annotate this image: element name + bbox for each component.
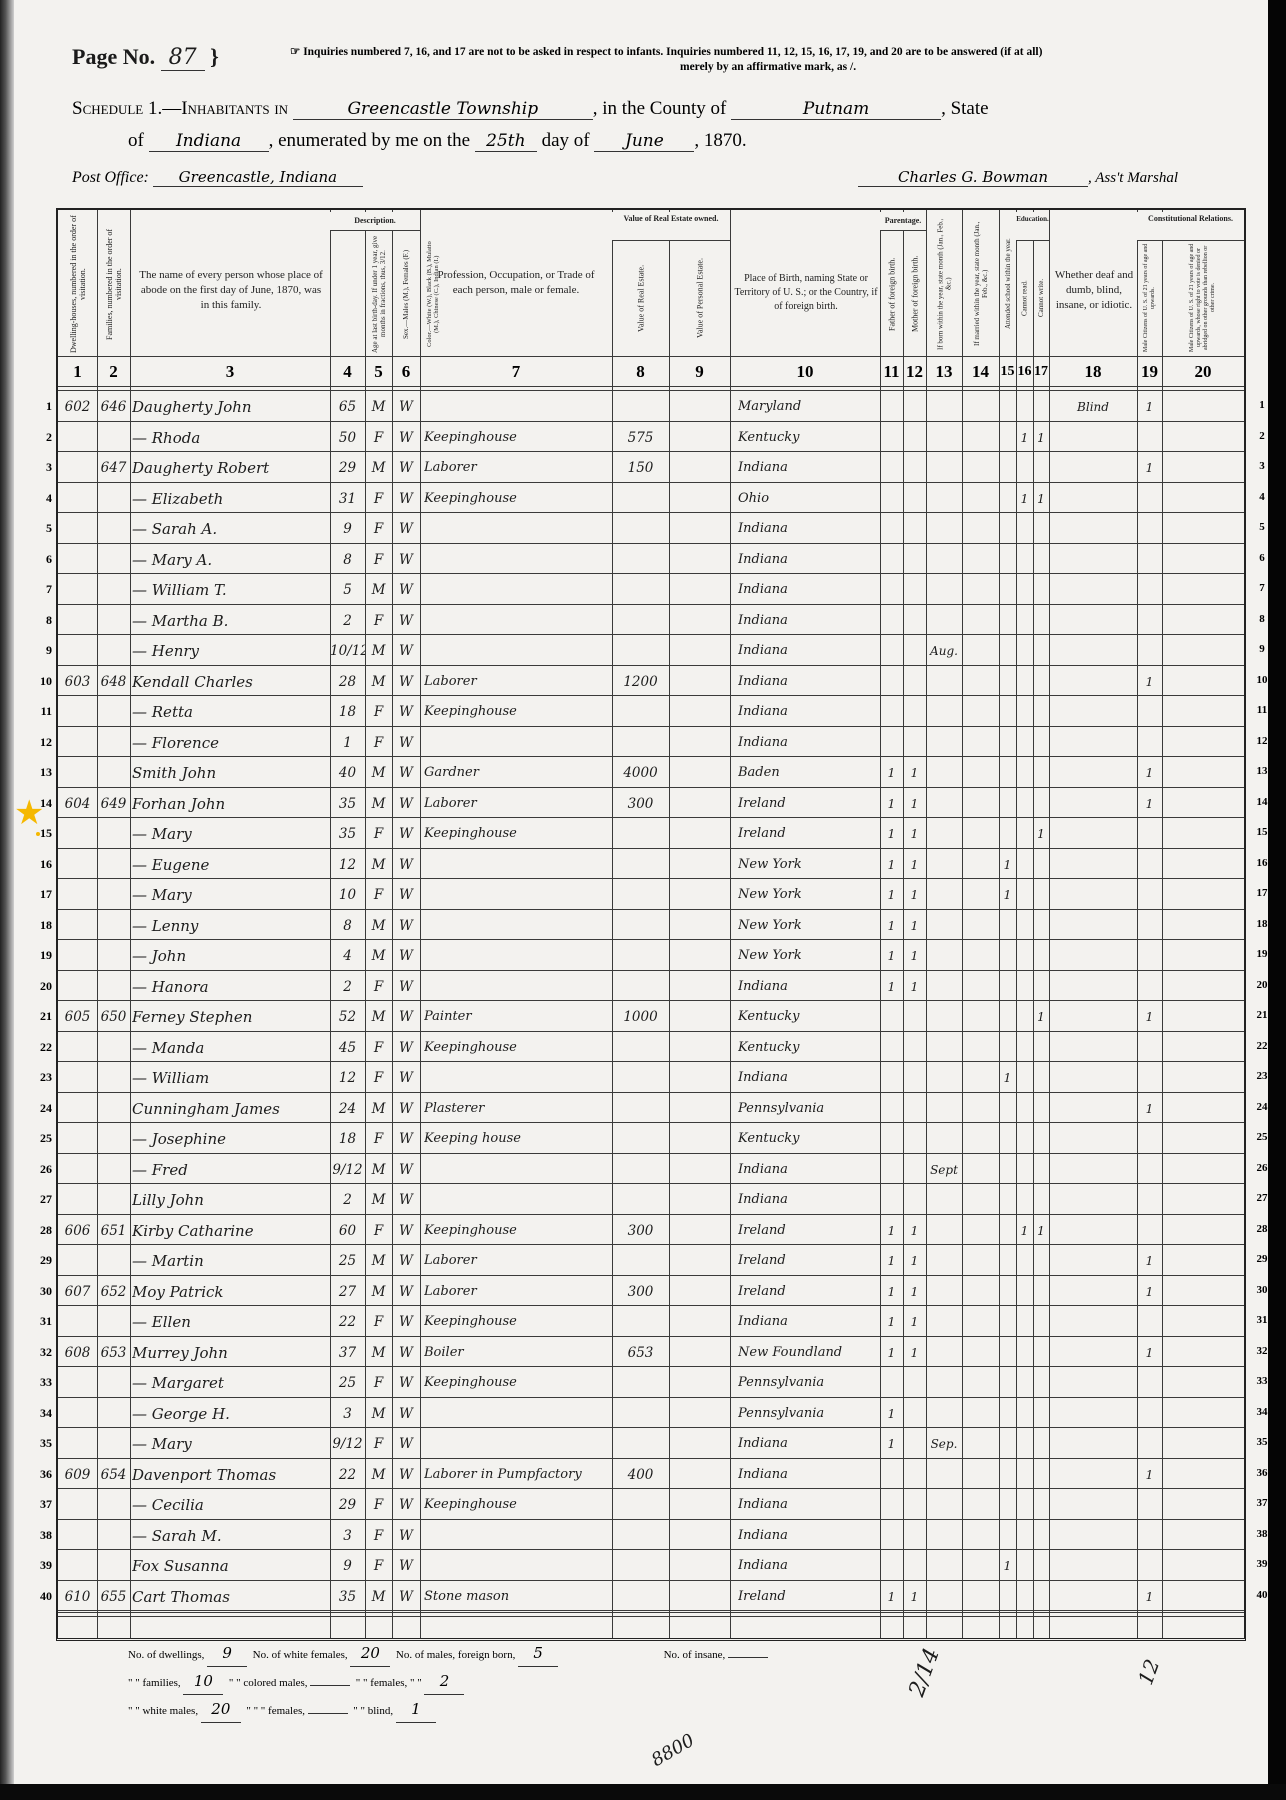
group-header-value-estate: Value of Real Estate owned. [612,212,730,241]
cell-personal [669,822,730,846]
col-number-8: 8 [612,358,669,386]
colored-females-count [308,1713,348,1714]
cell-c18 [1049,1371,1137,1395]
cell-c16 [1016,1402,1033,1426]
row-rule [58,1610,1244,1611]
cell-birthplace: Ireland [738,1249,880,1273]
cell-c16 [1016,1432,1033,1456]
table-row: 4— Elizabeth31FWKeepinghouseOhio114 [58,483,1244,514]
cell-c18 [1049,731,1137,755]
cell-c14 [962,1341,999,1365]
cell-c13 [926,853,962,877]
cell-sex: M [365,578,392,602]
cell-c14 [962,944,999,968]
cell-real [612,731,669,755]
cell-birthplace: Ireland [738,792,880,816]
cell-dwelling [58,1402,97,1426]
table-row: 19— John4MWNew York1119 [58,940,1244,971]
cell-c19 [1137,975,1162,999]
cell-c18 [1049,1554,1137,1578]
cell-c19 [1137,883,1162,907]
col-header-20: Male Citizens of U. S. of 21 years of ag… [1163,242,1243,354]
cell-personal [669,883,730,907]
cell-family [97,517,130,541]
cell-sex: F [365,1036,392,1060]
col-header-11: Father of foreign birth. [881,234,903,354]
cell-c18 [1049,1127,1137,1151]
cell-c12 [903,1524,926,1548]
cell-color: W [392,853,420,877]
cell-c18 [1049,1097,1137,1121]
table-row: 26— Fred9/12MWIndianaSept26 [58,1154,1244,1185]
cell-c11: 1 [880,761,903,785]
line-number-left: 21 [14,1009,52,1024]
cell-occupation [424,548,612,572]
cell-sex: F [365,1066,392,1090]
cell-dwelling [58,761,97,785]
cell-color: W [392,914,420,938]
cell-c19: 1 [1137,670,1162,694]
cell-c16 [1016,1005,1033,1029]
cell-c14 [962,1249,999,1273]
cell-occupation [424,639,612,663]
cell-c19 [1137,609,1162,633]
cell-c14 [962,1371,999,1395]
table-row: 35— Mary9/12FWIndiana1Sep.35 [58,1428,1244,1459]
cell-c14 [962,1280,999,1304]
cell-c13 [926,1341,962,1365]
cell-c17 [1033,517,1049,541]
cell-color: W [392,1036,420,1060]
cell-occupation [424,731,612,755]
cell-c17 [1033,395,1049,419]
cell-c15 [999,822,1016,846]
cell-dwelling [58,609,97,633]
cell-c18 [1049,1493,1137,1517]
line-number-left: 31 [14,1314,52,1329]
cell-c12 [903,1371,926,1395]
cell-birthplace: Indiana [738,1066,880,1090]
cell-c12: 1 [903,1280,926,1304]
cell-c12 [903,1554,926,1578]
cell-real: 400 [612,1463,669,1487]
cell-c16 [1016,975,1033,999]
col-header-8: Value of Real Estate. [613,242,669,354]
cell-c14 [962,578,999,602]
cell-c11 [880,517,903,541]
cell-c16 [1016,1036,1033,1060]
cell-family [97,1432,130,1456]
cell-color: W [392,548,420,572]
cell-color: W [392,761,420,785]
cell-family: 649 [97,792,130,816]
families-label: " " families, [128,1677,181,1689]
cell-c18 [1049,1188,1137,1212]
cell-c20 [1162,975,1244,999]
cell-c11 [880,670,903,694]
cell-c13 [926,1188,962,1212]
cell-occupation [424,609,612,633]
cell-color: W [392,1127,420,1151]
cell-name: — Martin [132,1249,330,1273]
cell-family [97,1188,130,1212]
cell-sex: M [365,1585,392,1609]
cell-dwelling [58,1310,97,1334]
col-number-17: 17 [1033,358,1049,386]
cell-personal [669,1097,730,1121]
cell-c13 [926,1585,962,1609]
cell-c16 [1016,883,1033,907]
dot-marker-icon [36,832,40,836]
cell-c16 [1016,639,1033,663]
cell-c17 [1033,1036,1049,1060]
marshal-label: , Ass't Marshal [1088,170,1178,186]
cell-c16 [1016,822,1033,846]
cell-personal [669,670,730,694]
cell-c19: 1 [1137,1097,1162,1121]
cell-family [97,487,130,511]
cell-c18 [1049,426,1137,450]
cell-occupation [424,1402,612,1426]
cell-c12 [903,1066,926,1090]
cell-c15 [999,914,1016,938]
cell-name: Daugherty John [132,395,330,419]
table-row: 15— Mary35FWKeepinghouseIreland11115 [58,818,1244,849]
marshal-line: Charles G. Bowman, Ass't Marshal [858,168,1178,187]
cell-age: 9/12 [330,1158,365,1182]
summary-line-2: " " families, 10 " " colored males, " " … [128,1668,768,1696]
col-number-16: 16 [1016,358,1033,386]
cell-c12 [903,639,926,663]
cell-c15 [999,1310,1016,1334]
cell-c15 [999,1127,1016,1151]
cell-c16 [1016,517,1033,541]
cell-real: 150 [612,456,669,480]
instructions-note: ☞ Inquiries numbered 7, 16, and 17 are n… [290,45,1250,75]
cell-c15 [999,700,1016,724]
cell-color: W [392,609,420,633]
cell-color: W [392,1493,420,1517]
cell-c16 [1016,1524,1033,1548]
line-number-left: 10 [14,674,52,689]
cell-c15 [999,426,1016,450]
dwellings-label: No. of dwellings, [128,1649,204,1661]
line-number-left: 3 [14,460,52,475]
cell-birthplace: Kentucky [738,1036,880,1060]
cell-name: — Retta [132,700,330,724]
cell-c19 [1137,1371,1162,1395]
table-row: 28606651Kirby Catharine60FWKeepinghouse3… [58,1215,1244,1246]
cell-dwelling [58,517,97,541]
table-row: 23— William12FWIndiana123 [58,1062,1244,1093]
cell-c20 [1162,1493,1244,1517]
cell-color: W [392,426,420,450]
cell-c17 [1033,639,1049,663]
line-number-left: 37 [14,1497,52,1512]
cell-dwelling [58,822,97,846]
col-header-3: The name of every person whose place of … [138,268,324,313]
cell-personal [669,1585,730,1609]
cell-family [97,761,130,785]
cell-c18 [1049,761,1137,785]
col-number-11: 11 [880,358,903,386]
cell-c14 [962,1097,999,1121]
cell-family [97,1554,130,1578]
blind-label: " " blind, [353,1705,393,1717]
cell-age: 35 [330,1585,365,1609]
cell-age: 22 [330,1310,365,1334]
cell-birthplace: Ireland [738,1280,880,1304]
table-row: 10603648Kendall Charles28MWLaborer1200In… [58,666,1244,697]
table-row: 37— Cecilia29FWKeepinghouseIndiana37 [58,1489,1244,1520]
cell-sex: F [365,1524,392,1548]
cell-c12 [903,700,926,724]
cell-c17 [1033,792,1049,816]
cell-c20 [1162,456,1244,480]
cell-c12 [903,1097,926,1121]
insane-count [728,1657,768,1658]
cell-c17 [1033,1066,1049,1090]
cell-dwelling: 606 [58,1219,97,1243]
cell-dwelling [58,883,97,907]
table-row: 39Fox Susanna9FWIndiana139 [58,1550,1244,1581]
cell-birthplace: Indiana [738,1310,880,1334]
cell-c20 [1162,1066,1244,1090]
cell-birthplace: Maryland [738,395,880,419]
cell-c13 [926,426,962,450]
cell-c16 [1016,1249,1033,1273]
cell-c15 [999,578,1016,602]
cell-c16 [1016,1341,1033,1365]
table-row: 24Cunningham James24MWPlastererPennsylva… [58,1093,1244,1124]
cell-c16 [1016,1493,1033,1517]
cell-family [97,731,130,755]
cell-color: W [392,700,420,724]
cell-c17 [1033,609,1049,633]
cell-c16 [1016,456,1033,480]
cell-c11 [880,1524,903,1548]
cell-family [97,914,130,938]
cell-occupation: Laborer [424,792,612,816]
males-foreign-count: 5 [518,1640,558,1667]
cell-real [612,975,669,999]
cell-c12: 1 [903,1341,926,1365]
schedule-label: Schedule 1.—Inhabitants in [72,98,288,119]
cell-c13 [926,548,962,572]
cell-c13: Sept [926,1158,962,1182]
cell-birthplace: Baden [738,761,880,785]
cell-c11 [880,1005,903,1029]
cell-c18 [1049,822,1137,846]
cell-birthplace: Indiana [738,1432,880,1456]
cell-c12 [903,1402,926,1426]
cell-occupation [424,1158,612,1182]
cell-c18 [1049,975,1137,999]
cell-name: — Henry [132,639,330,663]
line-number-left: 29 [14,1253,52,1268]
line-number-left: 23 [14,1070,52,1085]
cell-c19 [1137,578,1162,602]
col-number-2: 2 [97,358,130,386]
line-number-left: 39 [14,1558,52,1573]
cell-c15 [999,1036,1016,1060]
cell-dwelling [58,1554,97,1578]
cell-c20 [1162,1402,1244,1426]
cell-personal [669,639,730,663]
cell-birthplace: Indiana [738,456,880,480]
cell-family [97,609,130,633]
cell-occupation: Keepinghouse [424,1493,612,1517]
cell-real: 300 [612,792,669,816]
cell-family: 651 [97,1219,130,1243]
cell-personal [669,1310,730,1334]
cell-c13 [926,1066,962,1090]
cell-dwelling [58,731,97,755]
cell-dwelling [58,487,97,511]
cell-personal [669,853,730,877]
cell-personal [669,1036,730,1060]
cell-occupation [424,853,612,877]
cell-c12 [903,1188,926,1212]
cell-sex: F [365,1493,392,1517]
cell-c16 [1016,1280,1033,1304]
cell-c15: 1 [999,883,1016,907]
cell-c15 [999,1524,1016,1548]
families-count: 10 [183,1668,223,1695]
cell-personal [669,1493,730,1517]
cell-c20 [1162,487,1244,511]
cell-c17 [1033,731,1049,755]
enumeration-line: of Indiana, enumerated by me on the 25th… [128,130,747,152]
cell-c16 [1016,761,1033,785]
col-header-9: Value of Personal Estate. [670,242,730,354]
cell-c13 [926,1493,962,1517]
line-number-left: 27 [14,1192,52,1207]
cell-c13 [926,1005,962,1029]
cell-name: — Sarah A. [132,517,330,541]
cell-occupation [424,883,612,907]
cell-birthplace: Kentucky [738,1127,880,1151]
cell-real [612,853,669,877]
cell-c16 [1016,944,1033,968]
cell-dwelling: 609 [58,1463,97,1487]
cell-c19: 1 [1137,1463,1162,1487]
dwellings-count: 9 [207,1640,247,1667]
white-females-count: 20 [350,1640,390,1667]
cell-c20 [1162,1219,1244,1243]
cell-personal [669,578,730,602]
summary-line-3: " " white males, 20 " " " females, " " b… [128,1696,768,1724]
cell-sex: M [365,944,392,968]
cell-c15 [999,487,1016,511]
cell-c11 [880,609,903,633]
cell-birthplace: New Foundland [738,1341,880,1365]
cell-c18 [1049,1524,1137,1548]
cell-c20 [1162,1524,1244,1548]
table-row: 17— Mary10FWNew York11117 [58,879,1244,910]
cell-age: 5 [330,578,365,602]
cell-dwelling [58,1493,97,1517]
line-number-left: 40 [14,1589,52,1604]
cell-personal [669,1158,730,1182]
cell-personal [669,517,730,541]
col-number-10: 10 [730,358,880,386]
cell-color: W [392,1432,420,1456]
cell-real: 300 [612,1219,669,1243]
cell-c11: 1 [880,1432,903,1456]
cell-c16 [1016,1310,1033,1334]
cell-c15 [999,1249,1016,1273]
cell-family [97,700,130,724]
cell-c18 [1049,609,1137,633]
cell-personal [669,426,730,450]
cell-c19 [1137,1036,1162,1060]
cell-family [97,426,130,450]
cell-c14 [962,1493,999,1517]
table-row: 7— William T.5MWIndiana7 [58,574,1244,605]
cell-c15: 1 [999,1554,1016,1578]
cell-personal [669,1127,730,1151]
cell-c15 [999,1097,1016,1121]
cell-c13 [926,1554,962,1578]
cell-family: 648 [97,670,130,694]
cell-c12 [903,731,926,755]
table-row: 29— Martin25MWLaborerIreland11129 [58,1245,1244,1276]
cell-real [612,1585,669,1609]
cell-birthplace: New York [738,944,880,968]
cell-c12 [903,670,926,694]
white-males-count: 20 [201,1696,241,1723]
cell-c14 [962,1524,999,1548]
state-label: , State [941,98,989,119]
cell-birthplace: New York [738,914,880,938]
cell-birthplace: Indiana [738,578,880,602]
cell-dwelling [58,1249,97,1273]
cell-c13 [926,1127,962,1151]
county-label: , in the County of [593,98,727,119]
cell-sex: F [365,883,392,907]
cell-c11 [880,426,903,450]
cell-birthplace: Indiana [738,975,880,999]
cell-c14 [962,792,999,816]
cell-c15: 1 [999,853,1016,877]
cell-c11 [880,639,903,663]
table-row: 16— Eugene12MWNew York11116 [58,849,1244,880]
cell-c18: Blind [1049,395,1137,419]
cell-age: 4 [330,944,365,968]
cell-age: 35 [330,822,365,846]
cell-c19 [1137,1402,1162,1426]
cell-c20 [1162,883,1244,907]
group-header-parentage: Parentage. [880,212,926,231]
cell-c19 [1137,426,1162,450]
cell-c17: 1 [1033,1005,1049,1029]
cell-c16 [1016,578,1033,602]
cell-c11 [880,1158,903,1182]
cell-c12: 1 [903,822,926,846]
census-table: Description. Value of Real Estate owned.… [56,208,1246,1641]
cell-real [612,1432,669,1456]
cell-c19: 1 [1137,1341,1162,1365]
cell-occupation: Keepinghouse [424,700,612,724]
instructions-line-1: Inquiries numbered 7, 16, and 17 are not… [303,46,1042,58]
cell-sex: F [365,1219,392,1243]
cell-color: W [392,578,420,602]
cell-c20 [1162,670,1244,694]
cell-age: 10 [330,883,365,907]
schedule-line: Schedule 1.—Inhabitants in Greencastle T… [72,98,989,120]
cell-c12: 1 [903,761,926,785]
